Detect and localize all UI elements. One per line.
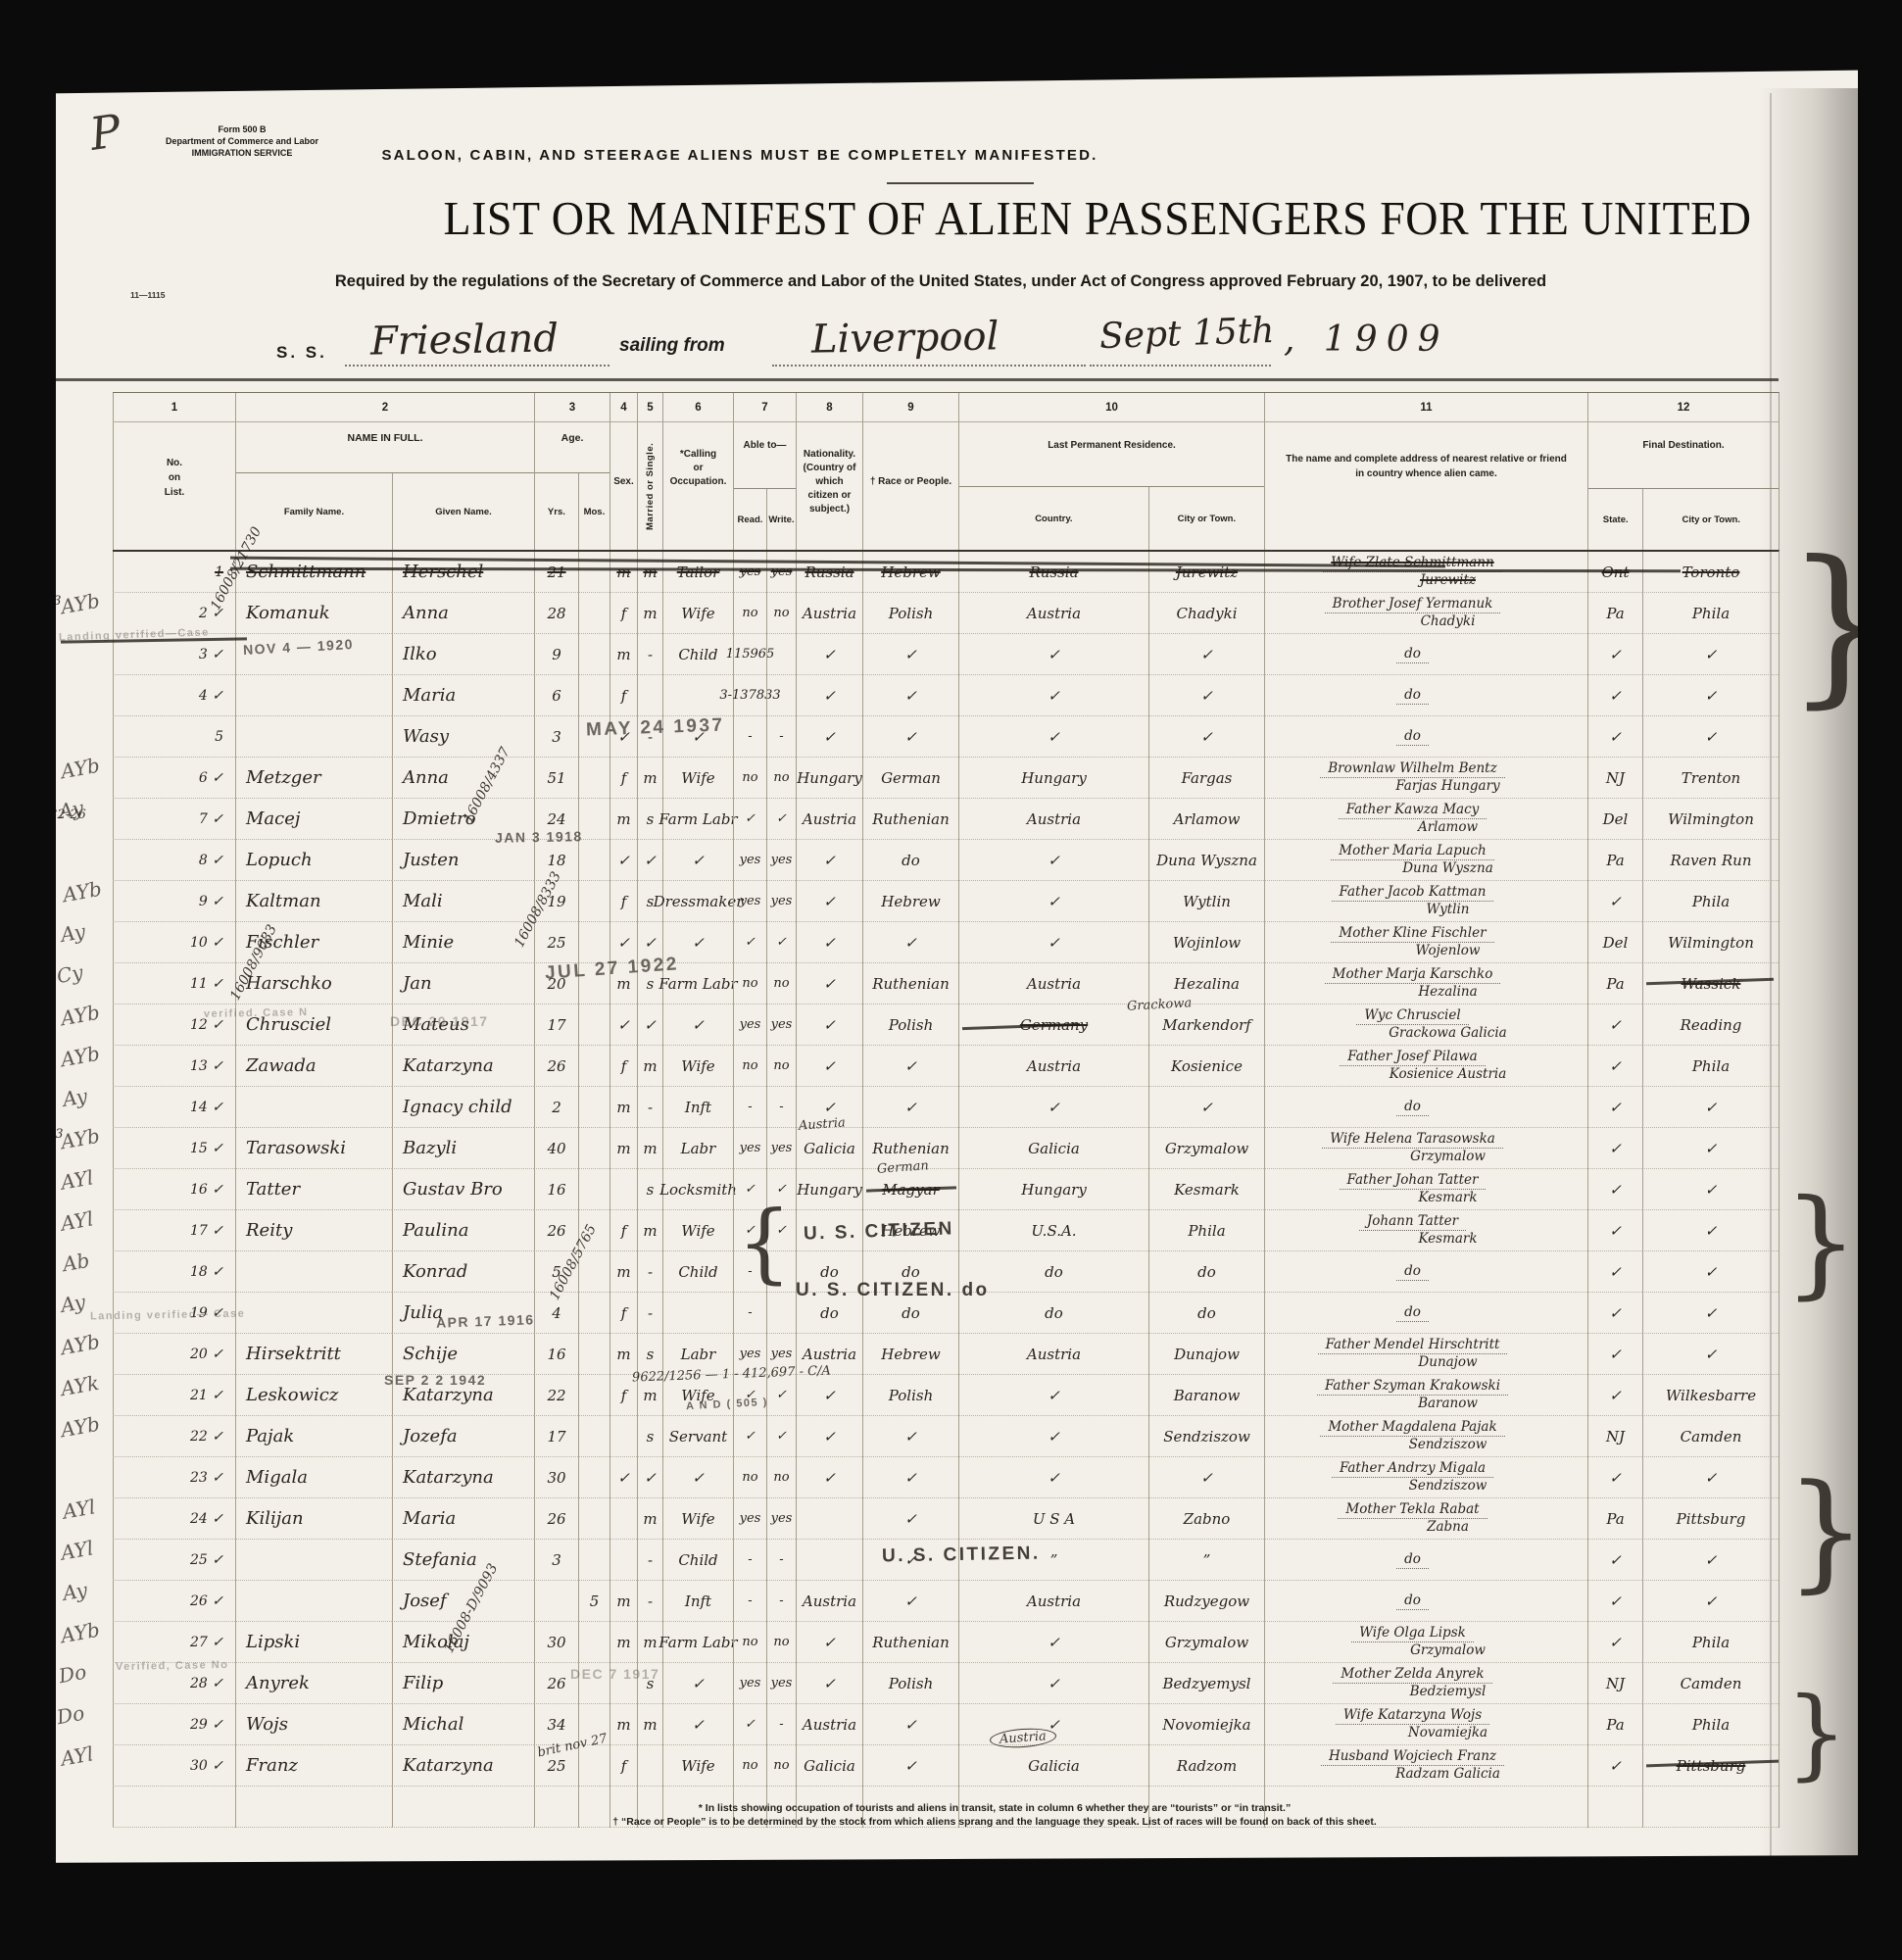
cell-family-row-18 bbox=[235, 1251, 392, 1293]
cell-ms-row-6: m bbox=[637, 758, 662, 799]
margin-mark: AYl bbox=[61, 1494, 97, 1523]
header-nationality-line3: citizen or subject.) bbox=[797, 489, 862, 516]
cell-sex-row-22 bbox=[610, 1416, 637, 1457]
ss-label: S. S. bbox=[276, 343, 327, 363]
cell-resc-row-10: ✓ bbox=[958, 922, 1148, 963]
cell-no-row-29: 29 ✓ bbox=[113, 1704, 235, 1745]
cell-ms-row-23: ✓ bbox=[637, 1457, 662, 1498]
manifest-sheet: 1 2 3 4 5 6 7 8 9 10 11 12 No. on List. … bbox=[113, 392, 1779, 1828]
cell-sex-row-9: f bbox=[610, 881, 637, 922]
header-race: † Race or People. bbox=[862, 422, 958, 550]
cell-resc-row-16: Hungary bbox=[958, 1169, 1148, 1210]
margin-mark: AYb bbox=[59, 754, 101, 784]
cell-occ-row-29: ✓ bbox=[662, 1704, 733, 1745]
relative-name-line: Father Andrzy Migala bbox=[1332, 1460, 1493, 1478]
margin-mark: AYb bbox=[59, 1124, 101, 1154]
cell-occ-row-28: ✓ bbox=[662, 1663, 733, 1704]
cell-read-row-13: no bbox=[733, 1046, 766, 1087]
relative-name-line: Father Kawza Macy bbox=[1339, 802, 1487, 819]
cell-rel-row-7: Father Kawza MacyArlamow bbox=[1264, 799, 1587, 840]
brace-rows-24-26: } bbox=[1785, 1482, 1867, 1581]
cell-family-row-24: Kilijan bbox=[235, 1498, 392, 1540]
cell-dstate-row-26: ✓ bbox=[1587, 1581, 1642, 1622]
header-residence-label: Last Permanent Residence. bbox=[959, 422, 1264, 451]
cell-dstate-row-8: Pa bbox=[1587, 840, 1642, 881]
header-married-single-label: Married or Single. bbox=[645, 432, 656, 540]
cell-yrs-row-22: 17 bbox=[534, 1416, 578, 1457]
cell-occ-row-23: ✓ bbox=[662, 1457, 733, 1498]
cell-race-row-13: ✓ bbox=[862, 1046, 958, 1087]
cell-resc-row-4: ✓ bbox=[958, 675, 1148, 716]
relative-name-line: do bbox=[1396, 1592, 1429, 1610]
cell-family-row-28: Anyrek bbox=[235, 1663, 392, 1704]
cell-no-row-23: 23 ✓ bbox=[113, 1457, 235, 1498]
margin-mark: AYb bbox=[59, 1618, 101, 1648]
us-citizen-stamp: U. S. CITIZEN. do bbox=[796, 1280, 990, 1301]
cell-race-row-2: Polish bbox=[862, 593, 958, 634]
cell-dcity-row-26: ✓ bbox=[1642, 1581, 1779, 1622]
cell-resc-row-21: ✓ bbox=[958, 1375, 1148, 1416]
cell-resc-row-6: Hungary bbox=[958, 758, 1148, 799]
cell-ms-row-25: - bbox=[637, 1540, 662, 1581]
cell-dstate-row-4: ✓ bbox=[1587, 675, 1642, 716]
cell-no-row-30: 30 ✓ bbox=[113, 1745, 235, 1787]
relative-name-line: Father Johan Tatter bbox=[1340, 1172, 1487, 1190]
header-nationality: Nationality. (Country of which citizen o… bbox=[796, 422, 862, 550]
cell-rel-row-6: Brownlaw Wilhelm BentzFarjas Hungary bbox=[1264, 758, 1587, 799]
cell-resc-row-24: U S A bbox=[958, 1498, 1148, 1540]
cell-yrs-row-21: 22 bbox=[534, 1375, 578, 1416]
cell-read-row-2: no bbox=[733, 593, 766, 634]
cell-read-row-6: no bbox=[733, 758, 766, 799]
form-service: IMMIGRATION SERVICE bbox=[159, 147, 325, 159]
cell-read-row-24: yes bbox=[733, 1498, 766, 1540]
cell-yrs-row-6: 51 bbox=[534, 758, 578, 799]
cell-resc-row-15: Galicia bbox=[958, 1128, 1148, 1169]
cell-resc-row-11: Austria bbox=[958, 963, 1148, 1004]
cell-no-row-16: 16 ✓ bbox=[113, 1169, 235, 1210]
cell-no-row-7: 7 ✓ bbox=[113, 799, 235, 840]
cell-race-row-7: Ruthenian bbox=[862, 799, 958, 840]
cell-given-row-24: Maria bbox=[392, 1498, 534, 1540]
column-number-2: 2 bbox=[235, 393, 534, 422]
header-age-mos: Mos. bbox=[578, 473, 610, 550]
flourish-mark: P bbox=[86, 104, 123, 161]
relative-place-line: Hezalina bbox=[1418, 984, 1477, 1001]
date-rule bbox=[1090, 365, 1271, 367]
cell-rel-row-29: Wife Katarzyna WojsNovamiejka bbox=[1264, 1704, 1587, 1745]
cell-occ-row-14: Inft bbox=[662, 1087, 733, 1128]
cell-nat-row-26: Austria bbox=[796, 1581, 862, 1622]
cell-occ-row-7: Farm Labr bbox=[662, 799, 733, 840]
cell-yrs-row-26 bbox=[534, 1581, 578, 1622]
relative-place-line: Duna Wyszna bbox=[1402, 860, 1493, 877]
cell-mos-row-23 bbox=[578, 1457, 610, 1498]
date-stamp-dec-20-1917: DEC 20 1917 bbox=[390, 1013, 489, 1029]
ship-name-rule bbox=[345, 365, 610, 367]
cell-race-row-23: ✓ bbox=[862, 1457, 958, 1498]
cell-given-row-25: Stefania bbox=[392, 1540, 534, 1581]
cell-race-row-22: ✓ bbox=[862, 1416, 958, 1457]
cell-resc-row-7: Austria bbox=[958, 799, 1148, 840]
cell-nat-row-29: Austria bbox=[796, 1704, 862, 1745]
header-relative-line2: in country whence alien came. bbox=[1279, 466, 1574, 481]
cell-given-row-6: Anna bbox=[392, 758, 534, 799]
relative-name-line: do bbox=[1396, 1551, 1429, 1569]
margin-mark: Ay bbox=[61, 1578, 89, 1605]
footnote-race: † “Race or People” is to be determined b… bbox=[544, 1815, 1445, 1829]
relative-name-line: Mother Zelda Anyrek bbox=[1333, 1666, 1491, 1684]
relative-place-line: Bedziemysl bbox=[1410, 1684, 1487, 1700]
cell-given-row-13: Katarzyna bbox=[392, 1046, 534, 1087]
column-number-7: 7 bbox=[733, 393, 796, 422]
cell-write-row-26: - bbox=[766, 1581, 796, 1622]
cell-rel-row-17: Johann TatterKesmark bbox=[1264, 1210, 1587, 1251]
cell-race-row-3: ✓ bbox=[862, 634, 958, 675]
relative-name-line: do bbox=[1396, 646, 1429, 663]
cell-nat-row-8: ✓ bbox=[796, 840, 862, 881]
relative-name-line: Brownlaw Wilhelm Bentz bbox=[1320, 760, 1504, 778]
cell-given-row-8: Justen bbox=[392, 840, 534, 881]
cell-rescity-row-26: Rudzyegow bbox=[1148, 1581, 1264, 1622]
cell-given-row-29: Michal bbox=[392, 1704, 534, 1745]
cell-dstate-row-15: ✓ bbox=[1587, 1128, 1642, 1169]
cell-sex-row-6: f bbox=[610, 758, 637, 799]
cell-resc-row-8: ✓ bbox=[958, 840, 1148, 881]
cell-rel-row-24: Mother Tekla RabatZabna bbox=[1264, 1498, 1587, 1540]
cell-yrs-row-2: 28 bbox=[534, 593, 578, 634]
cell-race-row-30: ✓ bbox=[862, 1745, 958, 1787]
header-sex: Sex. bbox=[610, 422, 637, 550]
cell-family-row-22: Pajak bbox=[235, 1416, 392, 1457]
relative-place-line: Zabna bbox=[1427, 1519, 1469, 1536]
cell-write-row-13: no bbox=[766, 1046, 796, 1087]
cell-nat-row-28: ✓ bbox=[796, 1663, 862, 1704]
cell-mos-row-27 bbox=[578, 1622, 610, 1663]
header-occupation-line1: *Calling bbox=[663, 448, 733, 462]
sailing-from-label: sailing from bbox=[619, 335, 725, 357]
page-title: LIST OR MANIFEST OF ALIEN PASSENGERS FOR… bbox=[421, 190, 1774, 245]
cell-mos-row-14 bbox=[578, 1087, 610, 1128]
header-destination-city: City or Town. bbox=[1642, 489, 1779, 550]
cell-rel-row-10: Mother Kline FischlerWojenlow bbox=[1264, 922, 1587, 963]
cell-race-row-26: ✓ bbox=[862, 1581, 958, 1622]
cell-read-row-9: yes bbox=[733, 881, 766, 922]
cell-rescity-row-29: Novomiejka bbox=[1148, 1704, 1264, 1745]
cell-sex-row-14: m bbox=[610, 1087, 637, 1128]
cell-rel-row-26: do bbox=[1264, 1581, 1587, 1622]
cell-sex-row-20: m bbox=[610, 1334, 637, 1375]
cell-dstate-row-5: ✓ bbox=[1587, 716, 1642, 758]
cell-sex-row-25 bbox=[610, 1540, 637, 1581]
cell-sex-row-4: f bbox=[610, 675, 637, 716]
cell-read-row-14: - bbox=[733, 1087, 766, 1128]
cell-nat-row-30: Galicia bbox=[796, 1745, 862, 1787]
cell-rescity-row-13: Kosienice bbox=[1148, 1046, 1264, 1087]
cell-write-row-14: - bbox=[766, 1087, 796, 1128]
relative-name-line: Brother Josef Yermanuk bbox=[1325, 596, 1501, 613]
cell-occ-row-16: Locksmith bbox=[662, 1169, 733, 1210]
relative-name-line: Johann Tatter bbox=[1359, 1213, 1466, 1231]
cell-write-row-15: yes bbox=[766, 1128, 796, 1169]
cell-rescity-row-2: Chadyki bbox=[1148, 593, 1264, 634]
cell-dstate-row-24: Pa bbox=[1587, 1498, 1642, 1540]
cell-given-row-20: Schije bbox=[392, 1334, 534, 1375]
header-age: Age. Yrs. Mos. bbox=[534, 422, 610, 550]
cell-race-row-27: Ruthenian bbox=[862, 1622, 958, 1663]
relative-name-line: Mother Marja Karschko bbox=[1325, 966, 1501, 984]
cell-yrs-row-25: 3 bbox=[534, 1540, 578, 1581]
form-department: Department of Commerce and Labor bbox=[159, 135, 325, 147]
cell-dcity-row-23: ✓ bbox=[1642, 1457, 1779, 1498]
column-number-12: 12 bbox=[1587, 393, 1779, 422]
cell-dstate-row-20: ✓ bbox=[1587, 1334, 1642, 1375]
cell-yrs-row-16: 16 bbox=[534, 1169, 578, 1210]
manifest-notice: SALOON, CABIN, AND STEERAGE ALIENS MUST … bbox=[348, 147, 1132, 164]
relative-name-line: Husband Wojciech Franz bbox=[1321, 1748, 1504, 1766]
cell-family-row-9: Kaltman bbox=[235, 881, 392, 922]
cell-sex-row-15: m bbox=[610, 1128, 637, 1169]
cell-occ-row-24: Wife bbox=[662, 1498, 733, 1540]
cell-resc-row-23: ✓ bbox=[958, 1457, 1148, 1498]
cell-dstate-row-19: ✓ bbox=[1587, 1293, 1642, 1334]
cell-occ-row-19 bbox=[662, 1293, 733, 1334]
cell-nat-row-6: Hungary bbox=[796, 758, 862, 799]
relative-name-line: Father Mendel Hirschtritt bbox=[1318, 1337, 1508, 1354]
cell-sex-row-17: f bbox=[610, 1210, 637, 1251]
cell-no-row-22: 22 ✓ bbox=[113, 1416, 235, 1457]
cell-write-row-8: yes bbox=[766, 840, 796, 881]
cell-family-row-2: Komanuk bbox=[235, 593, 392, 634]
relative-place-line: Jurewitz bbox=[1420, 572, 1476, 589]
relative-place-line: Kesmark bbox=[1418, 1190, 1477, 1206]
margin-mark: AYb bbox=[59, 589, 101, 619]
margin-mark: Do bbox=[57, 1660, 88, 1689]
cell-given-row-22: Jozefa bbox=[392, 1416, 534, 1457]
date-stamp-jan-3-1918: JAN 3 1918 bbox=[495, 828, 583, 846]
cell-dcity-row-16: ✓ bbox=[1642, 1169, 1779, 1210]
cell-ms-row-26: - bbox=[637, 1581, 662, 1622]
cell-dcity-row-22: Camden bbox=[1642, 1416, 1779, 1457]
relative-name-line: Father Jacob Kattman bbox=[1332, 884, 1494, 902]
cell-sex-row-24 bbox=[610, 1498, 637, 1540]
cell-resc-row-5: ✓ bbox=[958, 716, 1148, 758]
cell-nat-row-3: ✓ bbox=[796, 634, 862, 675]
cell-write-row-7: ✓ bbox=[766, 799, 796, 840]
cell-resc-row-20: Austria bbox=[958, 1334, 1148, 1375]
header-nationality-line2: (Country of which bbox=[797, 462, 862, 489]
relative-name-line: do bbox=[1396, 1263, 1429, 1281]
header-age-yrs: Yrs. bbox=[535, 473, 578, 550]
header-destination-state: State. bbox=[1588, 489, 1642, 550]
relative-name-line: Father Szyman Krakowski bbox=[1317, 1378, 1508, 1396]
footnotes: * In lists showing occupation of tourist… bbox=[544, 1801, 1445, 1829]
verified-stamp: Verified, Case No bbox=[116, 1659, 229, 1673]
scan-border-top bbox=[0, 0, 1902, 94]
cell-write-row-27: no bbox=[766, 1622, 796, 1663]
cell-no-row-5: 5 bbox=[113, 716, 235, 758]
cell-dcity-row-19: ✓ bbox=[1642, 1293, 1779, 1334]
cell-mos-row-3 bbox=[578, 634, 610, 675]
cell-race-row-5: ✓ bbox=[862, 716, 958, 758]
cell-write-row-12: yes bbox=[766, 1004, 796, 1046]
cell-rescity-row-9: Wytlin bbox=[1148, 881, 1264, 922]
relative-place-line: Arlamow bbox=[1418, 819, 1478, 836]
cell-yrs-row-10: 25 bbox=[534, 922, 578, 963]
cell-write-row-25: - bbox=[766, 1540, 796, 1581]
cell-nat-row-4: ✓ bbox=[796, 675, 862, 716]
cell-family-row-6: Metzger bbox=[235, 758, 392, 799]
cell-given-row-9: Mali bbox=[392, 881, 534, 922]
cell-given-row-30: Katarzyna bbox=[392, 1745, 534, 1787]
header-write: Write. bbox=[766, 489, 796, 550]
header-final-destination: Final Destination. State. City or Town. bbox=[1587, 422, 1779, 550]
verified-stamp: verified. Case N bbox=[204, 1006, 309, 1020]
column-number-11: 11 bbox=[1264, 393, 1587, 422]
cell-read-row-27: no bbox=[733, 1622, 766, 1663]
cell-rel-row-22: Mother Magdalena PajakSendziszow bbox=[1264, 1416, 1587, 1457]
cell-dcity-row-14: ✓ bbox=[1642, 1087, 1779, 1128]
cell-read-row-3: 115965 bbox=[733, 634, 766, 675]
cell-nat-row-15: Galicia bbox=[796, 1128, 862, 1169]
cell-mos-row-20 bbox=[578, 1334, 610, 1375]
cell-write-row-24: yes bbox=[766, 1498, 796, 1540]
relative-name-line: Mother Magdalena Pajak bbox=[1320, 1419, 1504, 1437]
cell-ms-row-30 bbox=[637, 1745, 662, 1787]
brace-rows-29-30: } bbox=[1785, 1695, 1848, 1772]
cell-nat-row-21: ✓ bbox=[796, 1375, 862, 1416]
notice-underline bbox=[887, 182, 1034, 184]
cell-occ-row-26: Inft bbox=[662, 1581, 733, 1622]
cell-rescity-row-10: Wojinlow bbox=[1148, 922, 1264, 963]
cell-read-row-7: ✓ bbox=[733, 799, 766, 840]
cell-rescity-row-17: Phila bbox=[1148, 1210, 1264, 1251]
header-given-name: Given Name. bbox=[392, 473, 534, 550]
cell-occ-row-3: Child bbox=[662, 634, 733, 675]
cell-race-row-14: ✓ bbox=[862, 1087, 958, 1128]
cell-given-row-18: Konrad bbox=[392, 1251, 534, 1293]
date-stamp-sep-22-1942: SEP 2 2 1942 bbox=[384, 1372, 486, 1388]
cell-family-row-27: Lipski bbox=[235, 1622, 392, 1663]
cell-mos-row-16 bbox=[578, 1169, 610, 1210]
relative-name-line: Wyc Chrusciel bbox=[1356, 1007, 1468, 1025]
column-number-5: 5 bbox=[637, 393, 662, 422]
column-number-6: 6 bbox=[662, 393, 733, 422]
cell-dcity-row-8: Raven Run bbox=[1642, 840, 1779, 881]
cell-dstate-row-7: Del bbox=[1587, 799, 1642, 840]
cell-no-row-10: 10 ✓ bbox=[113, 922, 235, 963]
cell-write-row-2: no bbox=[766, 593, 796, 634]
port-rule bbox=[772, 365, 1086, 367]
header-no-line3: List. bbox=[114, 485, 235, 500]
cell-rescity-row-18: do bbox=[1148, 1251, 1264, 1293]
cell-given-row-3: Ilko bbox=[392, 634, 534, 675]
cell-write-row-11: no bbox=[766, 963, 796, 1004]
margin-mark: AYl bbox=[59, 1165, 95, 1194]
cell-dcity-row-27: Phila bbox=[1642, 1622, 1779, 1663]
cell-mos-row-21 bbox=[578, 1375, 610, 1416]
column-number-9: 9 bbox=[862, 393, 958, 422]
header-last-residence: Last Permanent Residence. Country. City … bbox=[958, 422, 1264, 550]
footnote-tourists: * In lists showing occupation of tourist… bbox=[544, 1801, 1445, 1815]
cell-sex-row-19: f bbox=[610, 1293, 637, 1334]
cell-rescity-row-22: Sendziszow bbox=[1148, 1416, 1264, 1457]
cell-resc-row-3: ✓ bbox=[958, 634, 1148, 675]
manifest-column-headers: 1 2 3 4 5 6 7 8 9 10 11 12 No. on List. … bbox=[113, 392, 1780, 550]
cell-family-row-13: Zawada bbox=[235, 1046, 392, 1087]
cell-nat-row-9: ✓ bbox=[796, 881, 862, 922]
cell-rel-row-28: Mother Zelda AnyrekBedziemysl bbox=[1264, 1663, 1587, 1704]
cell-ms-row-17: m bbox=[637, 1210, 662, 1251]
cell-dstate-row-21: ✓ bbox=[1587, 1375, 1642, 1416]
cell-ms-row-2: m bbox=[637, 593, 662, 634]
cell-write-row-21: ✓ bbox=[766, 1375, 796, 1416]
cell-family-row-5 bbox=[235, 716, 392, 758]
column-number-8: 8 bbox=[796, 393, 862, 422]
margin-mark: Ay bbox=[59, 919, 87, 947]
cell-dstate-row-3: ✓ bbox=[1587, 634, 1642, 675]
cell-mos-row-9 bbox=[578, 881, 610, 922]
margin-mark: AYb bbox=[59, 1001, 101, 1031]
cell-ms-row-24: m bbox=[637, 1498, 662, 1540]
cell-write-row-19 bbox=[766, 1293, 796, 1334]
cell-sex-row-8: ✓ bbox=[610, 840, 637, 881]
cell-dstate-row-6: NJ bbox=[1587, 758, 1642, 799]
cell-sex-row-16 bbox=[610, 1169, 637, 1210]
cell-dcity-row-20: ✓ bbox=[1642, 1334, 1779, 1375]
cell-no-row-18: 18 ✓ bbox=[113, 1251, 235, 1293]
cell-mos-row-4 bbox=[578, 675, 610, 716]
cell-sex-row-1: m bbox=[610, 552, 637, 593]
margin-mark: AYk bbox=[59, 1371, 101, 1400]
header-occupation-line3: Occupation. bbox=[663, 475, 733, 489]
sailing-date: Sept 15th bbox=[1098, 311, 1275, 357]
cell-dstate-row-25: ✓ bbox=[1587, 1540, 1642, 1581]
cell-yrs-row-14: 2 bbox=[534, 1087, 578, 1128]
cell-occ-row-22: Servant bbox=[662, 1416, 733, 1457]
cell-rescity-row-19: do bbox=[1148, 1293, 1264, 1334]
cell-resc-row-9: ✓ bbox=[958, 881, 1148, 922]
cell-rescity-row-7: Arlamow bbox=[1148, 799, 1264, 840]
margin-mark: Do bbox=[55, 1701, 86, 1730]
cell-mos-row-26: 5 bbox=[578, 1581, 610, 1622]
header-age-label: Age. bbox=[535, 422, 610, 444]
cell-race-row-11: Ruthenian bbox=[862, 963, 958, 1004]
cell-read-row-23: no bbox=[733, 1457, 766, 1498]
cell-resc-row-17: U.S.A. bbox=[958, 1210, 1148, 1251]
margin-mark: AYb bbox=[59, 1042, 101, 1072]
cell-occ-row-13: Wife bbox=[662, 1046, 733, 1087]
margin-mark: Cy bbox=[55, 960, 84, 988]
cell-race-row-1: Hebrew bbox=[862, 552, 958, 593]
header-read: Read. bbox=[734, 489, 766, 550]
cell-dcity-row-21: Wilkesbarre bbox=[1642, 1375, 1779, 1416]
cell-nat-row-11: ✓ bbox=[796, 963, 862, 1004]
cell-sex-row-12: ✓ bbox=[610, 1004, 637, 1046]
cell-read-row-19: - bbox=[733, 1293, 766, 1334]
relative-place-line: Grzymalow bbox=[1410, 1642, 1486, 1659]
cell-rel-row-13: Father Josef PilawaKosienice Austria bbox=[1264, 1046, 1587, 1087]
cell-occ-row-1: Tailor bbox=[662, 552, 733, 593]
cell-rescity-row-15: Grzymalow bbox=[1148, 1128, 1264, 1169]
relative-place-line: Kosienice Austria bbox=[1390, 1066, 1507, 1083]
cell-write-row-1: yes bbox=[766, 552, 796, 593]
cell-no-row-8: 8 ✓ bbox=[113, 840, 235, 881]
cell-dstate-row-28: NJ bbox=[1587, 1663, 1642, 1704]
relative-place-line: Kesmark bbox=[1418, 1231, 1477, 1248]
cell-rel-row-25: do bbox=[1264, 1540, 1587, 1581]
cell-resc-row-14: ✓ bbox=[958, 1087, 1148, 1128]
